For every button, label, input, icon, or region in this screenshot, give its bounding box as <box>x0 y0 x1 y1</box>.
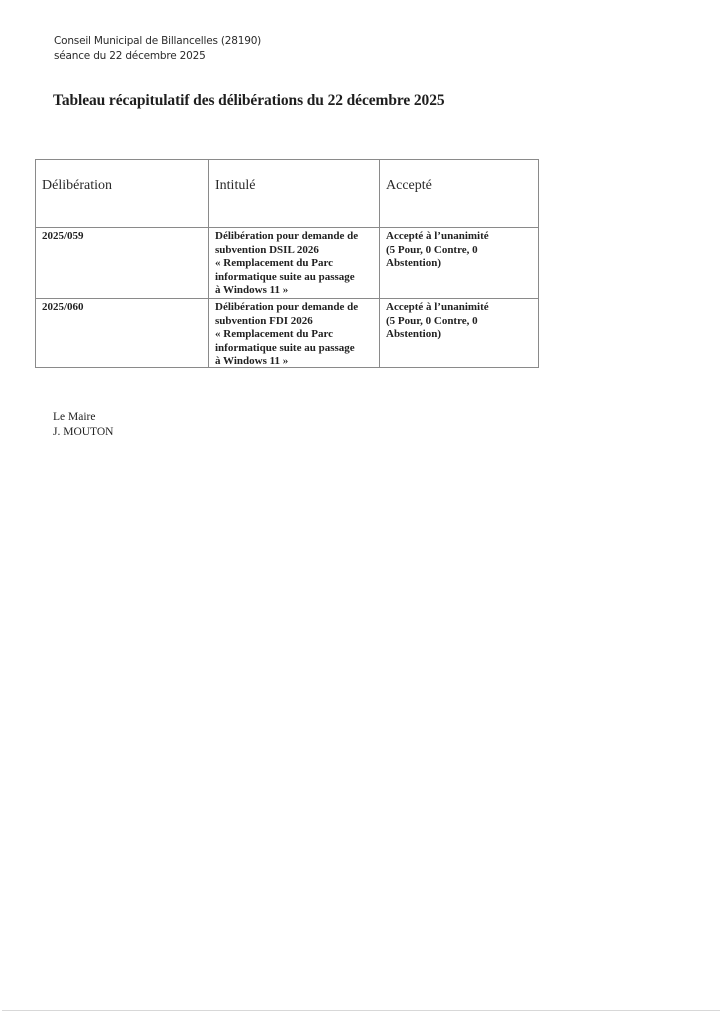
signatory-role: Le Maire <box>53 410 114 425</box>
signature-block: Le Maire J. MOUTON <box>53 410 114 439</box>
title-line: informatique suite au passage <box>215 342 379 356</box>
result-line: Accepté à l’unanimité <box>386 230 538 244</box>
title-line: « Remplacement du Parc <box>215 257 379 271</box>
table-row: 2025/060 Délibération pour demande de su… <box>36 299 538 368</box>
deliberation-number: 2025/059 <box>36 228 209 298</box>
result-line: Abstention) <box>386 328 538 342</box>
title-line: informatique suite au passage <box>215 271 379 285</box>
title-line: Délibération pour demande de <box>215 301 379 315</box>
result-line: (5 Pour, 0 Contre, 0 <box>386 244 538 258</box>
council-header: Conseil Municipal de Billancelles (28190… <box>54 34 261 64</box>
title-line: à Windows 11 » <box>215 355 379 369</box>
column-header-deliberation: Délibération <box>36 160 209 227</box>
result-line: Accepté à l’unanimité <box>386 301 538 315</box>
document-title: Tableau récapitulatif des délibérations … <box>53 92 445 110</box>
title-line: subvention DSIL 2026 <box>215 244 379 258</box>
title-line: Délibération pour demande de <box>215 230 379 244</box>
column-header-intitule: Intitulé <box>209 160 380 227</box>
deliberation-title: Délibération pour demande de subvention … <box>209 299 380 368</box>
table-row: 2025/059 Délibération pour demande de su… <box>36 228 538 299</box>
title-line: subvention FDI 2026 <box>215 315 379 329</box>
deliberation-title: Délibération pour demande de subvention … <box>209 228 380 298</box>
deliberations-table: Délibération Intitulé Accepté 2025/059 D… <box>35 159 539 368</box>
session-date: séance du 22 décembre 2025 <box>54 49 261 64</box>
signatory-name: J. MOUTON <box>53 425 114 440</box>
title-line: à Windows 11 » <box>215 284 379 298</box>
result-line: Abstention) <box>386 257 538 271</box>
title-line: « Remplacement du Parc <box>215 328 379 342</box>
deliberation-result: Accepté à l’unanimité (5 Pour, 0 Contre,… <box>380 299 538 368</box>
council-name: Conseil Municipal de Billancelles (28190… <box>54 34 261 49</box>
deliberation-number: 2025/060 <box>36 299 209 368</box>
deliberation-result: Accepté à l’unanimité (5 Pour, 0 Contre,… <box>380 228 538 298</box>
table-header-row: Délibération Intitulé Accepté <box>36 160 538 228</box>
column-header-accepte: Accepté <box>380 160 538 227</box>
result-line: (5 Pour, 0 Contre, 0 <box>386 315 538 329</box>
scan-edge-divider <box>2 1010 720 1011</box>
